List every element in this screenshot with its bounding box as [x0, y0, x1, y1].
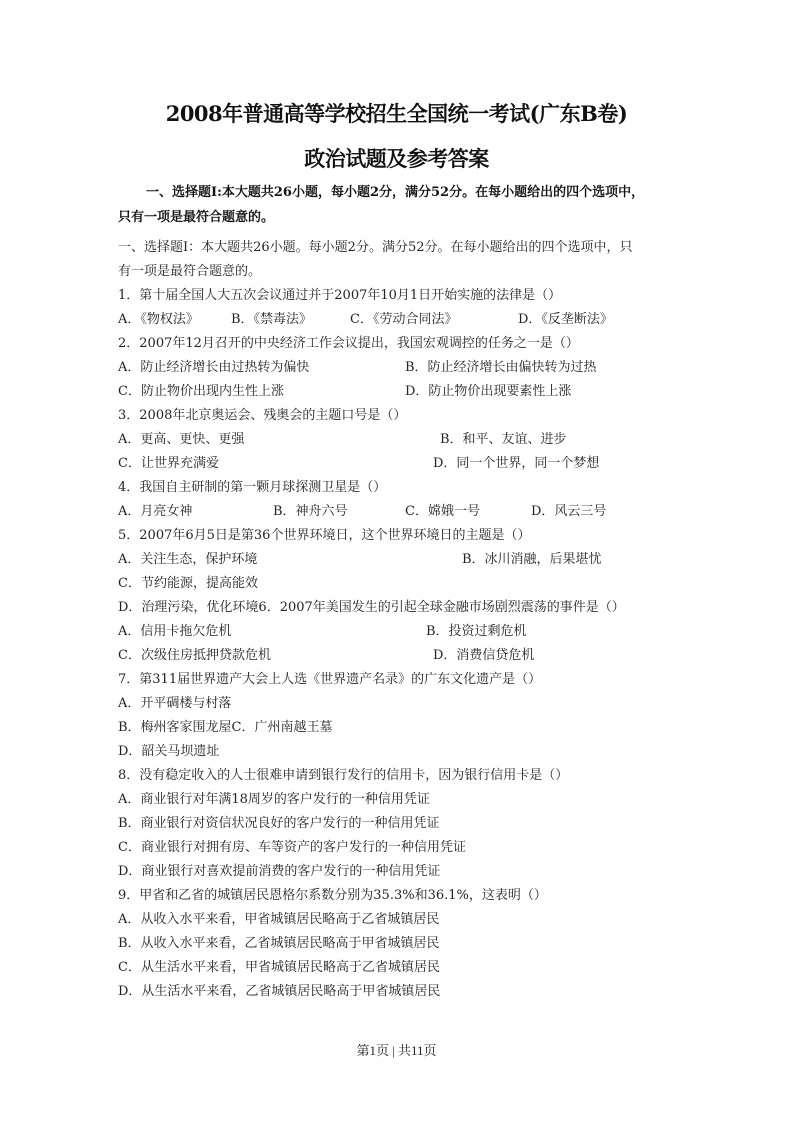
section-heading-line2: 有一项是最符合题意的。 — [118, 263, 261, 281]
question-4-option-a: A．月亮女神 — [118, 503, 192, 521]
question-1-option-d: D．《反垄断法》 — [518, 311, 613, 329]
question-5-option-d-and-question-6-stem: D．治理污染，优化环境6．2007年美国发生的引起全球金融市场剧烈震荡的事件是（… — [118, 599, 625, 617]
question-2-option-b: B．防止经济增长由偏快转为过热 — [405, 359, 597, 377]
question-1-option-a: A．《物权法》 — [118, 311, 199, 329]
question-2-option-c: C．防止物价出现内生性上涨 — [118, 383, 284, 401]
question-3-option-d: D．同一个世界，同一个梦想 — [433, 455, 599, 473]
question-9-stem: 9．甲省和乙省的城镇居民恩格尔系数分别为35.3%和36.1%，这表明（） — [118, 887, 547, 905]
section-heading-bold-line1: 一、选择题I:本大题共26小题，每小题2分，满分52分。在每小题给出的四个选项中… — [146, 181, 706, 200]
section-heading-line1: 一、选择题I：本大题共26小题。每小题2分。满分52分。在每小题给出的四个选项中… — [118, 239, 633, 257]
document-title: 2008年普通高等学校招生全国统一考试(广东B卷) — [0, 98, 793, 128]
question-2-option-a: A．防止经济增长由过热转为偏快 — [118, 359, 309, 377]
question-9-option-b: B．从收入水平来看，乙省城镇居民略高于甲省城镇居民 — [118, 935, 440, 953]
question-6-option-a: A．信用卡拖欠危机 — [118, 623, 231, 641]
question-3-option-a: A．更高、更快、更强 — [118, 431, 244, 449]
question-9-option-a: A．从收入水平来看，甲省城镇居民略高于乙省城镇居民 — [118, 911, 439, 929]
question-4-option-d: D．风云三号 — [531, 503, 606, 521]
question-2-option-d: D．防止物价出现要素性上涨 — [405, 383, 571, 401]
question-5-option-a: A．关注生态，保护环境 — [118, 551, 257, 569]
question-2-stem: 2．2007年12月召开的中央经济工作会议提出，我国宏观调控的任务之一是（） — [118, 335, 579, 353]
page-number-footer: 第1页 | 共11页 — [0, 1040, 793, 1059]
question-7-option-b-c: B．梅州客家围龙屋C．广州南越王墓 — [118, 719, 333, 737]
question-3-stem: 3．2008年北京奥运会、残奥会的主题口号是（） — [118, 407, 406, 425]
question-6-option-c: C．次级住房抵押贷款危机 — [118, 647, 271, 665]
question-9-option-d: D．从生活水平来看，乙省城镇居民略高于甲省城镇居民 — [118, 983, 440, 1001]
question-6-option-d: D．消费信贷危机 — [433, 647, 534, 665]
question-6-option-b: B．投资过剩危机 — [426, 623, 527, 641]
question-3-option-b: B．和平、友谊、进步 — [440, 431, 567, 449]
question-9-option-c: C．从生活水平来看，甲省城镇居民略高于乙省城镇居民 — [118, 959, 440, 977]
document-page: 2008年普通高等学校招生全国统一考试(广东B卷) 政治试题及参考答案 一、选择… — [0, 0, 793, 1122]
question-7-stem: 7．第311届世界遗产大会上人选《世界遗产名录》的广东文化遗产是（） — [118, 671, 541, 689]
section-heading-bold-line2: 只有一项是最符合题意的。 — [118, 206, 678, 225]
document-subtitle: 政治试题及参考答案 — [0, 143, 793, 173]
question-1-option-b: B．《禁毒法》 — [231, 311, 312, 329]
question-8-option-b: B．商业银行对资信状况良好的客户发行的一种信用凭证 — [118, 815, 440, 833]
question-4-stem: 4．我国自主研制的第一颗月球探测卫星是（） — [118, 479, 386, 497]
question-8-option-d: D．商业银行对喜欢提前消费的客户发行的一种信用凭证 — [118, 863, 440, 881]
question-5-option-b: B．冰川消融，后果堪忧 — [462, 551, 602, 569]
question-7-option-a: A．开平碉楼与村落 — [118, 695, 231, 713]
question-7-option-d: D．韶关马坝遗址 — [118, 743, 219, 761]
question-4-option-c: C．嫦娥一号 — [405, 503, 480, 521]
question-5-option-c: C．节约能源，提高能效 — [118, 575, 258, 593]
question-3-option-c: C．让世界充满爱 — [118, 455, 219, 473]
question-4-option-b: B．神舟六号 — [273, 503, 348, 521]
question-8-option-c: C．商业银行对拥有房、车等资产的客户发行的一种信用凭证 — [118, 839, 466, 857]
question-8-option-a: A．商业银行对年满18周岁的客户发行的一种信用凭证 — [118, 791, 430, 809]
question-8-stem: 8．没有稳定收入的人士很难申请到银行发行的信用卡，因为银行信用卡是（） — [118, 767, 568, 785]
question-1-option-c: C．《劳动合同法》 — [350, 311, 457, 329]
question-5-stem: 5．2007年6月5日是第36个世界环境日，这个世界环境日的主题是（） — [118, 527, 530, 545]
question-1-stem: 1．第十届全国人大五次会议通过并于2007年10月1日开始实施的法律是（） — [118, 287, 561, 305]
